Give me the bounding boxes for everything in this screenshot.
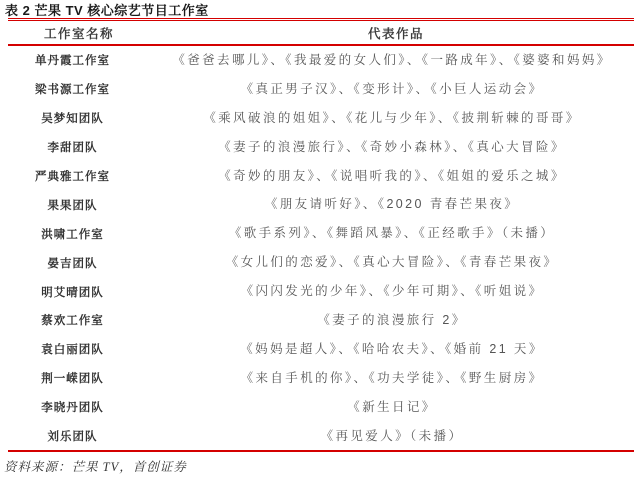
studio-name-cell: 荆一嵘团队 — [0, 370, 145, 386]
studio-name-cell: 单丹霞工作室 — [0, 52, 145, 68]
studio-name-cell: 李晓丹团队 — [0, 399, 145, 415]
studio-name-cell: 梁书源工作室 — [0, 81, 145, 97]
table-title: 表 2 芒果 TV 核心综艺节目工作室 — [0, 0, 640, 17]
representative-works-cell: 《新生日记》 — [150, 397, 634, 418]
table-row: 严典雅工作室 《奇妙的朋友》、《说唱听我的》、《姐姐的爱乐之城》 — [0, 162, 640, 191]
representative-works-cell: 《真正男子汉》、《变形计》、《小巨人运动会》 — [150, 79, 634, 100]
studio-name-cell: 蔡欢工作室 — [0, 312, 145, 328]
studio-name-cell: 严典雅工作室 — [0, 168, 145, 184]
table-row: 蔡欢工作室 《妻子的浪漫旅行 2》 — [0, 306, 640, 335]
representative-works-cell: 《妻子的浪漫旅行 2》 — [150, 310, 634, 331]
bottom-rule — [8, 450, 634, 452]
column-header-works: 代表作品 — [158, 24, 634, 42]
representative-works-cell: 《朋友请听好》、《2020 青春芒果夜》 — [150, 194, 634, 215]
studio-name-cell: 吴梦知团队 — [0, 110, 145, 126]
representative-works-cell: 《妈妈是超人》、《哈哈农夫》、《婚前 21 天》 — [150, 339, 634, 360]
table-row: 单丹霞工作室 《爸爸去哪儿》、《我最爱的女人们》、《一路成年》、《婆婆和妈妈》 — [0, 46, 640, 75]
table-row: 刘乐团队 《再见爱人》（未播） — [0, 422, 640, 451]
representative-works-cell: 《歌手系列》、《舞蹈风暴》、《正经歌手》（未播） — [150, 223, 634, 244]
table-row: 袁白丽团队 《妈妈是超人》、《哈哈农夫》、《婚前 21 天》 — [0, 335, 640, 364]
table-header-row: 工作室名称 代表作品 — [0, 21, 640, 44]
table-row: 荆一嵘团队 《来自手机的你》、《功夫学徒》、《野生厨房》 — [0, 364, 640, 393]
report-table-page: 表 2 芒果 TV 核心综艺节目工作室 工作室名称 代表作品 单丹霞工作室 《爸… — [0, 0, 640, 496]
table-body: 单丹霞工作室 《爸爸去哪儿》、《我最爱的女人们》、《一路成年》、《婆婆和妈妈》 … — [0, 46, 640, 450]
representative-works-cell: 《闪闪发光的少年》、《少年可期》、《听姐说》 — [150, 281, 634, 302]
studio-name-cell: 刘乐团队 — [0, 428, 145, 444]
source-note: 资料来源：芒果 TV，首创证券 — [4, 457, 640, 475]
representative-works-cell: 《爸爸去哪儿》、《我最爱的女人们》、《一路成年》、《婆婆和妈妈》 — [150, 50, 634, 71]
table-row: 梁书源工作室 《真正男子汉》、《变形计》、《小巨人运动会》 — [0, 75, 640, 104]
studio-name-cell: 洪啸工作室 — [0, 226, 145, 242]
studio-name-cell: 李甜团队 — [0, 139, 145, 155]
representative-works-cell: 《来自手机的你》、《功夫学徒》、《野生厨房》 — [150, 368, 634, 389]
table-row: 吴梦知团队 《乘风破浪的姐姐》、《花儿与少年》、《披荆斩棘的哥哥》 — [0, 104, 640, 133]
table-row: 明艾晴团队 《闪闪发光的少年》、《少年可期》、《听姐说》 — [0, 277, 640, 306]
representative-works-cell: 《女儿们的恋爱》、《真心大冒险》、《青春芒果夜》 — [150, 252, 634, 273]
table-row: 李晓丹团队 《新生日记》 — [0, 393, 640, 422]
table-row: 果果团队 《朋友请听好》、《2020 青春芒果夜》 — [0, 190, 640, 219]
representative-works-cell: 《乘风破浪的姐姐》、《花儿与少年》、《披荆斩棘的哥哥》 — [150, 108, 634, 129]
studio-name-cell: 明艾晴团队 — [0, 284, 145, 300]
table-row: 李甜团队 《妻子的浪漫旅行》、《奇妙小森林》、《真心大冒险》 — [0, 133, 640, 162]
representative-works-cell: 《再见爱人》（未播） — [150, 426, 634, 447]
table-row: 晏吉团队 《女儿们的恋爱》、《真心大冒险》、《青春芒果夜》 — [0, 248, 640, 277]
studio-name-cell: 袁白丽团队 — [0, 341, 145, 357]
studio-name-cell: 果果团队 — [0, 197, 145, 213]
representative-works-cell: 《奇妙的朋友》、《说唱听我的》、《姐姐的爱乐之城》 — [150, 166, 634, 187]
representative-works-cell: 《妻子的浪漫旅行》、《奇妙小森林》、《真心大冒险》 — [150, 137, 634, 158]
table-row: 洪啸工作室 《歌手系列》、《舞蹈风暴》、《正经歌手》（未播） — [0, 219, 640, 248]
studio-name-cell: 晏吉团队 — [0, 255, 145, 271]
column-header-studio: 工作室名称 — [0, 24, 158, 42]
